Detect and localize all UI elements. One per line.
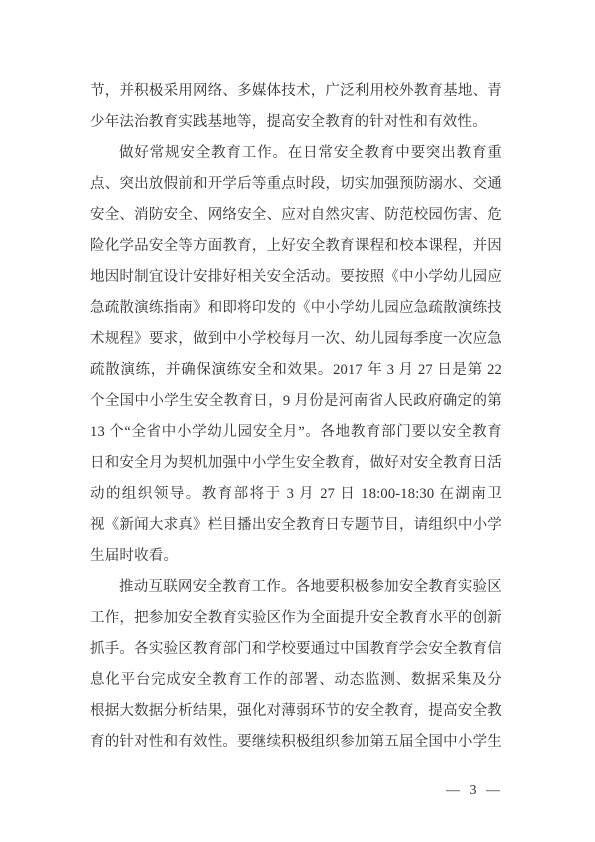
text-line: 地因时制宜设计安排好相关安全活动。要按照《中小学幼儿园应: [90, 262, 502, 293]
text-line: 急疏散演练指南》和即将印发的《中小学幼儿园应急疏散演练技: [90, 293, 502, 324]
text-line: 生届时收看。: [90, 541, 502, 572]
text-line: 日和安全月为契机加强中小学生安全教育，做好对安全教育日活: [90, 448, 502, 479]
text-line: 动的组织领导。教育部将于 3 月 27 日 18:00-18:30 在湖南卫: [90, 479, 502, 510]
text-line: 13 个“全省中小学幼儿园安全月”。各地教育部门要以安全教育: [90, 417, 502, 448]
text-line: 安全、消防安全、网络安全、应对自然灾害、防范校园伤害、危: [90, 200, 502, 231]
text-line: 术规程》要求，做到中小学校每月一次、幼儿园每季度一次应急: [90, 324, 502, 355]
page-number: — 3 —: [446, 782, 503, 800]
text-line: 根据大数据分析结果，强化对薄弱环节的安全教育，提高安全教: [90, 696, 502, 727]
document-page: 节，并积极采用网络、多媒体技术，广泛利用校外教育基地、青 少年法治教育实践基地等…: [0, 0, 595, 842]
text-line: 息化平台完成安全教育工作的部署、动态监测、数据采集及分析，: [90, 665, 502, 696]
text-line: 少年法治教育实践基地等，提高安全教育的针对性和有效性。: [90, 107, 502, 138]
text-line: 节，并积极采用网络、多媒体技术，广泛利用校外教育基地、青: [90, 76, 502, 107]
text-line: 疏散演练，并确保演练安全和效果。2017 年 3 月 27 日是第 22: [90, 355, 502, 386]
text-line: 视《新闻大求真》栏目播出安全教育日专题节目，请组织中小学: [90, 510, 502, 541]
text-line: 险化学品安全等方面教育，上好安全教育课程和校本课程，并因: [90, 231, 502, 262]
text-line: 工作，把参加安全教育实验区作为全面提升安全教育水平的创新: [90, 603, 502, 634]
text-line: 做好常规安全教育工作。在日常安全教育中要突出教育重: [90, 138, 502, 169]
document-body: 节，并积极采用网络、多媒体技术，广泛利用校外教育基地、青 少年法治教育实践基地等…: [90, 76, 502, 758]
text-line: 抓手。各实验区教育部门和学校要通过中国教育学会安全教育信: [90, 634, 502, 665]
text-line: 推动互联网安全教育工作。各地要积极参加安全教育实验区: [90, 572, 502, 603]
text-line: 个全国中小学生安全教育日，9 月份是河南省人民政府确定的第: [90, 386, 502, 417]
text-line: 育的针对性和有效性。要继续积极组织参加第五届全国中小学生: [90, 727, 502, 758]
text-line: 点、突出放假前和开学后等重点时段，切实加强预防溺水、交通: [90, 169, 502, 200]
